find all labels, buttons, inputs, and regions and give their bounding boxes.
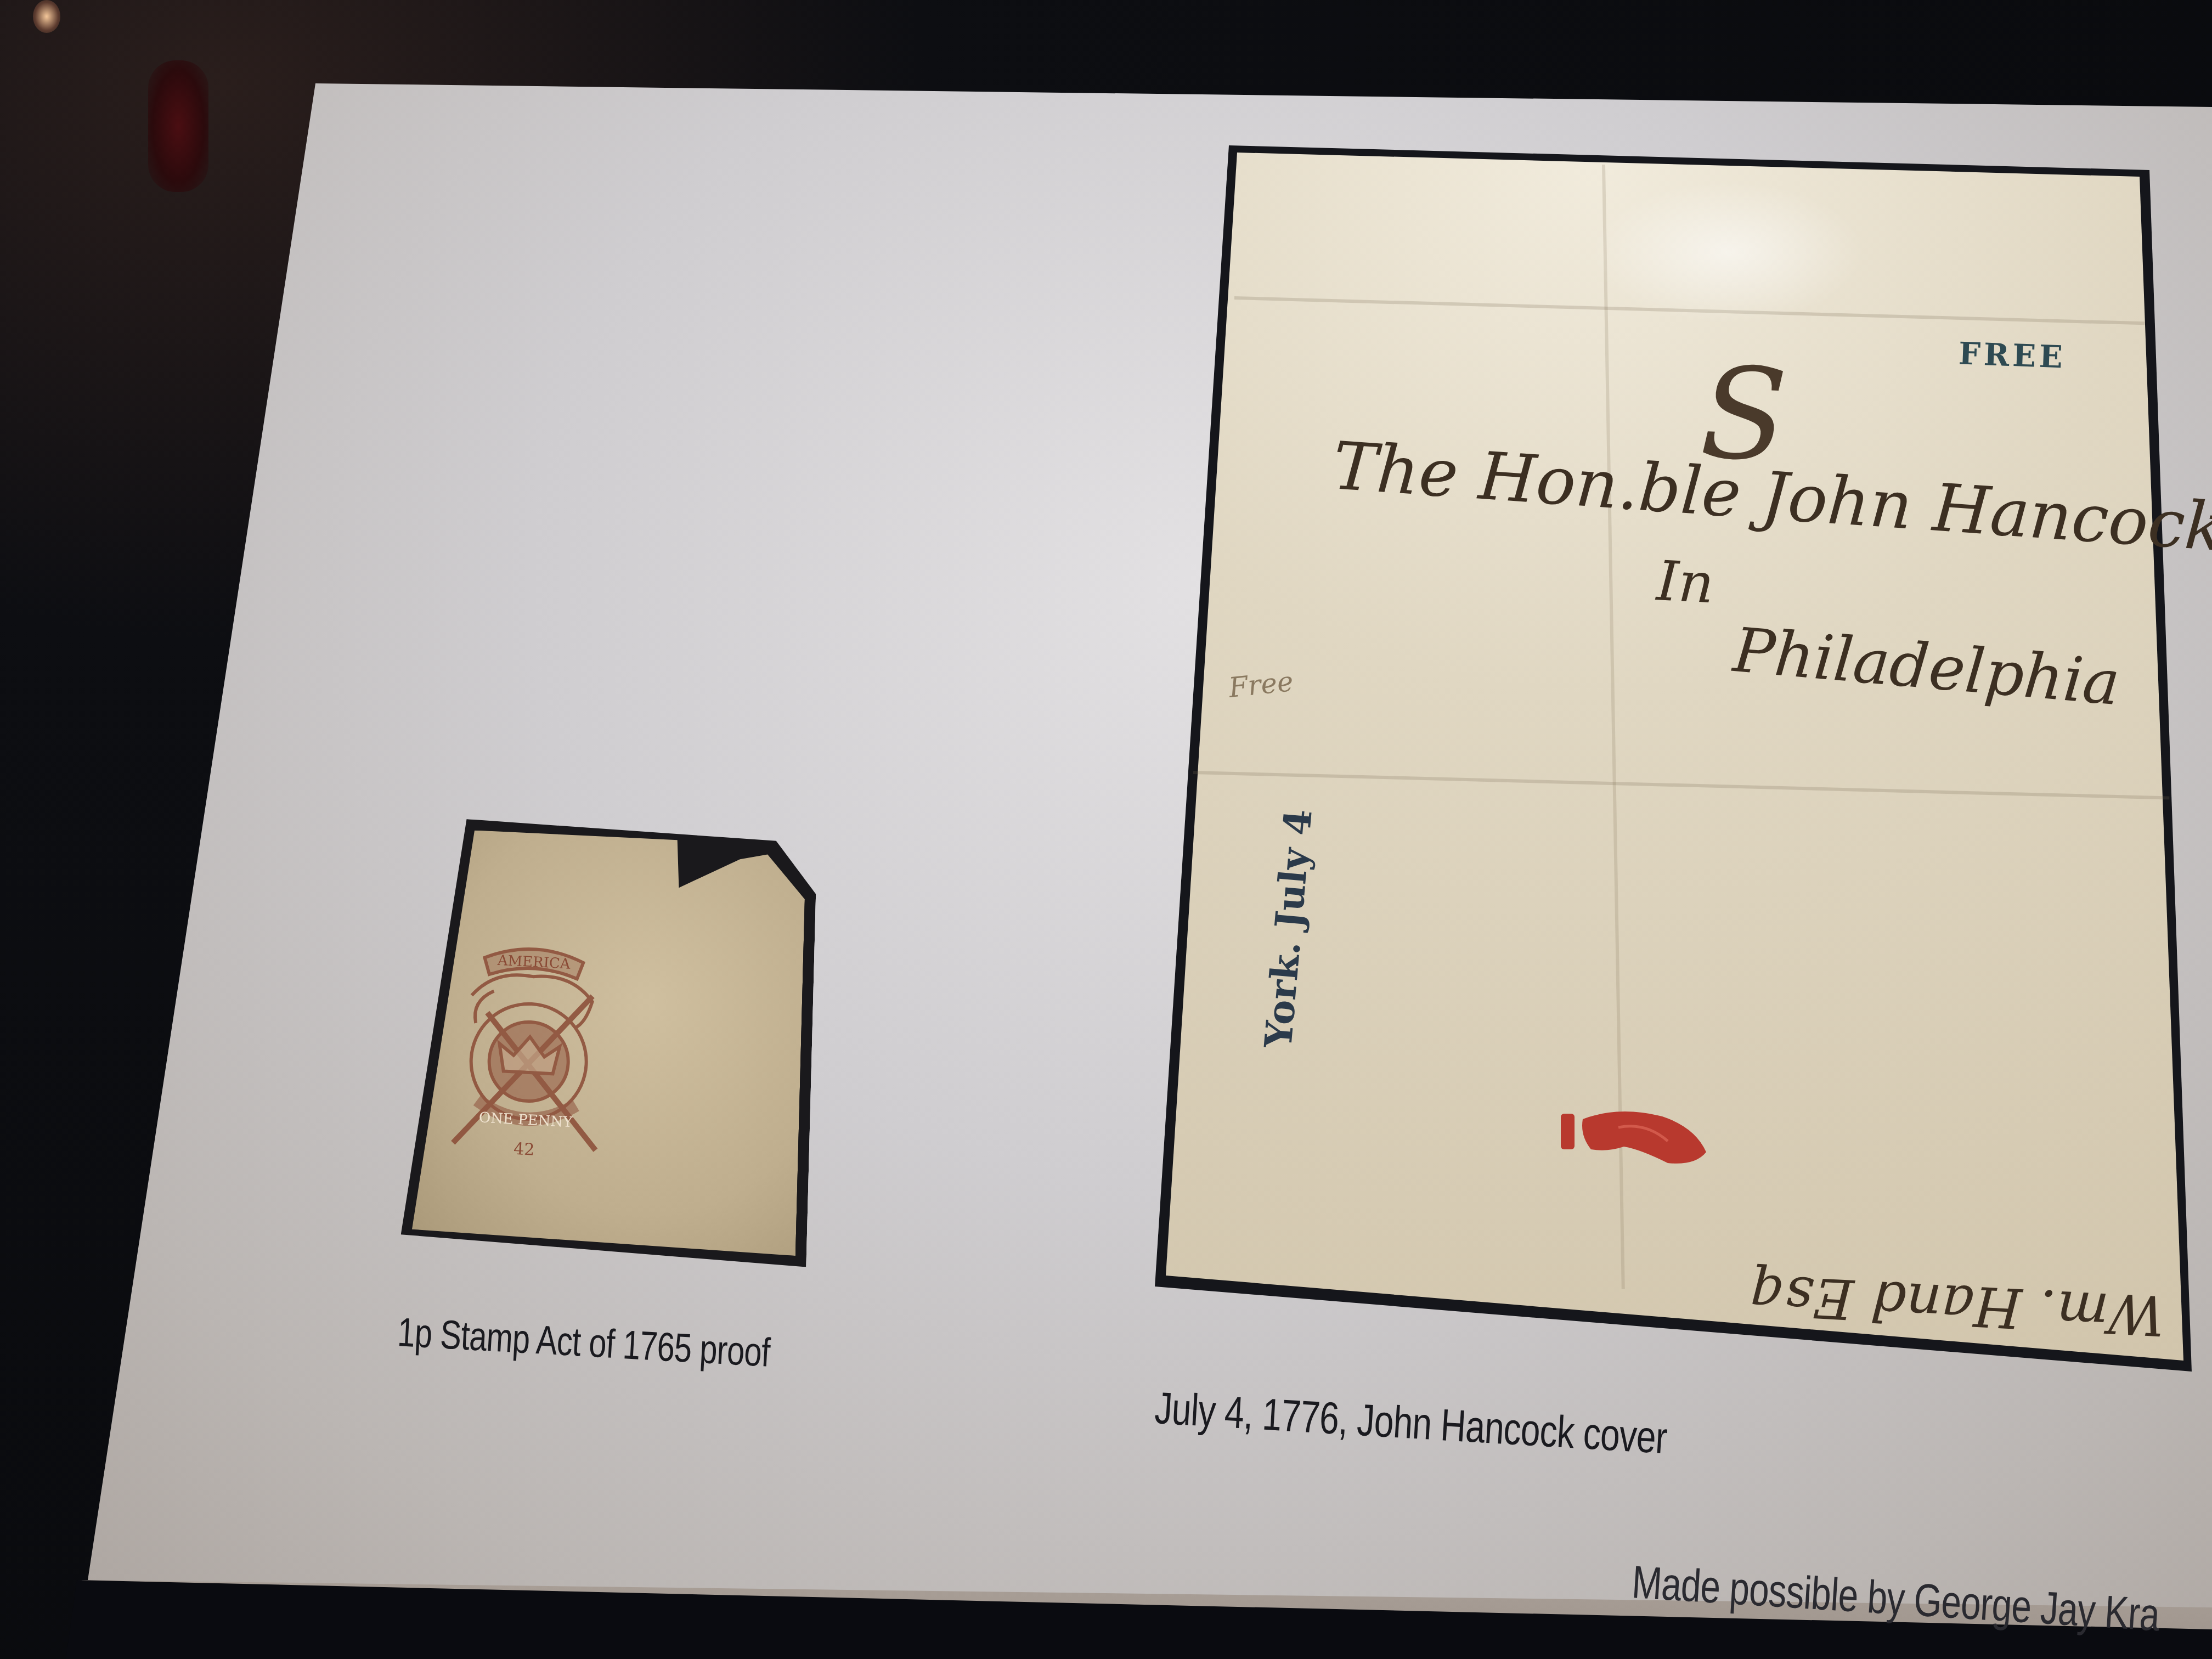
svg-text:42: 42 [513, 1139, 535, 1160]
museum-scene: AMERICA ONE PENNY 42 1p Stamp Act of 176… [0, 0, 2212, 1659]
wax-seal-icon [1558, 1097, 1723, 1180]
glass-glare [1591, 181, 1865, 324]
background-red-glow [148, 60, 208, 192]
in-line: In [1655, 549, 1716, 616]
free-notation: Free [1227, 665, 1295, 704]
free-handstamp: FREE [1958, 336, 2067, 376]
background-light [33, 0, 60, 33]
stamp-emblem-icon: AMERICA ONE PENNY 42 [441, 928, 618, 1167]
